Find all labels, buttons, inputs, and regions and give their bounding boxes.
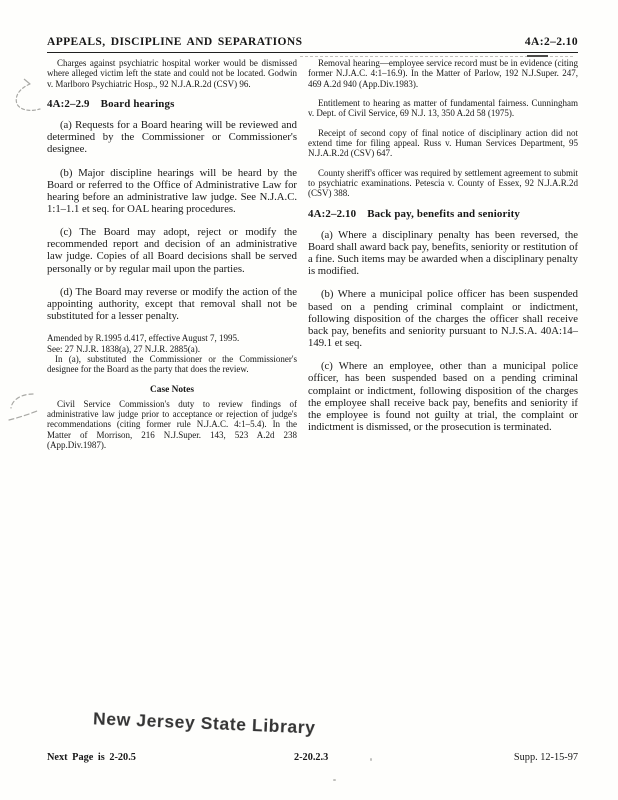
footer-supplement-date: Supp. 12-15-97 (514, 752, 578, 763)
footer-page-number: 2-20.2.3 (294, 752, 328, 763)
rule-paragraph-a: (a) Where a disciplinary penalty has bee… (308, 229, 578, 278)
pencil-mark (5, 390, 55, 432)
right-column: Removal hearing—employee service record … (308, 58, 578, 459)
header-section-number: 4A:2–2.10 (525, 36, 578, 48)
text-columns: Charges against psychiatric hospital wor… (47, 58, 578, 459)
case-note: County sheriff's officer was required by… (308, 168, 578, 199)
case-note: Civil Service Commission's duty to revie… (47, 399, 297, 451)
section-heading-4a2-2-10: 4A:2–2.10Back pay, benefits and seniorit… (308, 208, 578, 220)
section-heading-4a2-2-9: 4A:2–2.9Board hearings (47, 98, 297, 110)
header-title: APPEALS, DISCIPLINE AND SEPARATIONS (47, 36, 302, 48)
section-number: 4A:2–2.10 (308, 208, 356, 220)
page-header: APPEALS, DISCIPLINE AND SEPARATIONS 4A:2… (47, 36, 578, 48)
page-footer: Next Page is 2-20.5 2-20.2.3 Supp. 12-15… (47, 752, 578, 766)
rule-paragraph-a: (a) Requests for a Board hearing will be… (47, 119, 297, 155)
history-note: Amended by R.1995 d.417, effective Augus… (47, 333, 297, 374)
left-column: Charges against psychiatric hospital wor… (47, 58, 297, 459)
scan-speck (333, 779, 336, 781)
footer-next-page: Next Page is 2-20.5 (47, 752, 136, 763)
rule-paragraph-b: (b) Where a municipal police officer has… (308, 288, 578, 349)
section-title: Board hearings (101, 98, 175, 110)
rule-paragraph-b: (b) Major discipline hearings will be he… (47, 167, 297, 216)
case-notes-heading: Case Notes (47, 385, 297, 395)
pencil-mark (12, 76, 56, 120)
history-amended: Amended by R.1995 d.417, effective Augus… (47, 333, 297, 343)
history-change: In (a), substituted the Commissioner or … (47, 354, 297, 375)
section-title: Back pay, benefits and seniority (367, 208, 520, 220)
rule-paragraph-d: (d) The Board may reverse or modify the … (47, 286, 297, 322)
history-see: See: 27 N.J.R. 1838(a), 27 N.J.R. 2885(a… (47, 344, 297, 354)
header-rule (47, 52, 578, 53)
library-stamp: New Jersey State Library (93, 708, 316, 738)
case-note: Removal hearing—employee service record … (308, 58, 578, 89)
case-note: Entitlement to hearing as matter of fund… (308, 98, 578, 119)
document-page: APPEALS, DISCIPLINE AND SEPARATIONS 4A:2… (0, 0, 618, 800)
rule-paragraph-c: (c) Where an employee, other than a muni… (308, 360, 578, 433)
case-note-carryover: Charges against psychiatric hospital wor… (47, 58, 297, 89)
case-note: Receipt of second copy of final notice o… (308, 128, 578, 159)
rule-paragraph-c: (c) The Board may adopt, reject or modif… (47, 226, 297, 275)
